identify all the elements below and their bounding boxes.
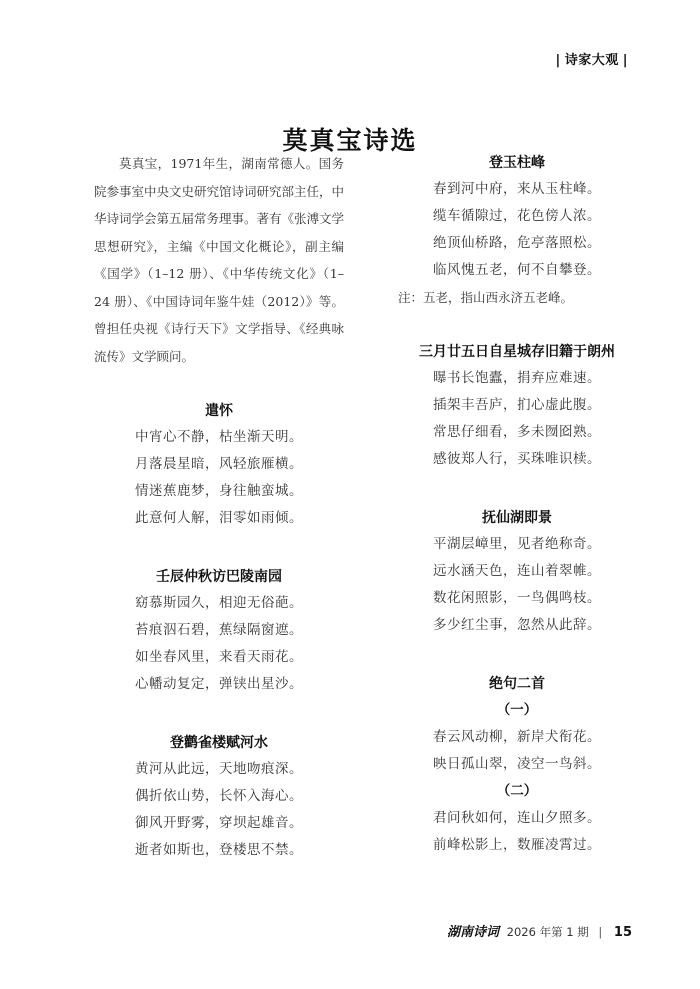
- poem-line: 缆车循隙过，花色傍人浓。: [392, 203, 642, 230]
- poem-line: 远水涵天色，连山着翠帷。: [392, 558, 642, 585]
- issue-label: 2026 年第 1 期: [507, 925, 589, 939]
- poem-line: 如坐春风里，来看天雨花。: [94, 644, 344, 671]
- poem-title: 三月廿五日自星城存旧籍于朗州: [392, 339, 642, 365]
- left-column: 莫真宝，1971年生，湖南常德人。国务院参事室中央文史研究馆诗词研究部主任，中华…: [94, 150, 344, 864]
- magazine-logo: 湖南诗词: [447, 925, 499, 940]
- poem-line: 苔痕泅石碧，蕉绿隔窗遮。: [94, 617, 344, 644]
- poem-line: 映日孤山翠，凌空一鸟斜。: [392, 751, 642, 778]
- poem-line: 多少红尘事，忽然从此辞。: [392, 612, 642, 639]
- poem-line: 此意何人解，泪零如雨倾。: [94, 505, 344, 532]
- poem-line: 平湖层嶂里，见者绝称奇。: [392, 531, 642, 558]
- poem-line: 黄河从此远，天地吻痕深。: [94, 756, 344, 783]
- poem-line: 窈慕斯园久，相迎无俗葩。: [94, 590, 344, 617]
- poem-line: 临风愧五老，何不自攀登。: [392, 257, 642, 284]
- page-number: 15: [614, 925, 632, 940]
- divider: |: [598, 925, 602, 939]
- poem: 绝句二首 （一） 春云风动柳，新岸犬衔花。 映日孤山翠，凌空一鸟斜。 （二） 君…: [392, 671, 642, 859]
- poem-line: 春云风动柳，新岸犬衔花。: [392, 724, 642, 751]
- divider: |: [551, 53, 564, 68]
- right-column: 登玉柱峰 春到河中府，来从玉柱峰。 缆车循隙过，花色傍人浓。 绝顶仙桥路，危亭落…: [392, 150, 642, 859]
- poem: 抚仙湖即景 平湖层嶂里，见者绝称奇。 远水涵天色，连山着翠帷。 数花闲照影，一鸟…: [392, 505, 642, 639]
- poem-title: 登鹳雀楼赋河水: [94, 730, 344, 756]
- poem: 三月廿五日自星城存旧籍于朗州 曝书长饱蠹，捐弃应难速。 插架丰吾庐，扪心虚此腹。…: [392, 339, 642, 473]
- poem-line: 春到河中府，来从玉柱峰。: [392, 176, 642, 203]
- poem-subtitle: （一）: [392, 697, 642, 724]
- poem-line: 御风开野雾，穿坝起雄音。: [94, 810, 344, 837]
- poem-line: 曝书长饱蠹，捐弃应难速。: [392, 365, 642, 392]
- page-footer: 湖南诗词 2026 年第 1 期 | 15: [447, 921, 632, 940]
- poem-line: 数花闲照影，一鸟偶鸣枝。: [392, 585, 642, 612]
- poem-line: 中宵心不静，枯坐渐天明。: [94, 424, 344, 451]
- poem-line: 君问秋如何，连山夕照多。: [392, 805, 642, 832]
- poem-note: 注：五老，指山西永济五老峰。: [392, 284, 642, 311]
- poem-line: 插架丰吾庐，扪心虚此腹。: [392, 392, 642, 419]
- poem-subtitle: （二）: [392, 778, 642, 805]
- poem: 遣怀 中宵心不静，枯坐渐天明。 月落晨星暗，风轻旅雁横。 情迷蕉鹿梦，身往触蛮城…: [94, 398, 344, 532]
- author-bio: 莫真宝，1971年生，湖南常德人。国务院参事室中央文史研究馆诗词研究部主任，中华…: [94, 150, 344, 370]
- poem-title: 绝句二首: [392, 671, 642, 697]
- poem-title: 遣怀: [94, 398, 344, 424]
- section-tag-label: 诗家大观: [565, 53, 619, 68]
- poem: 壬辰仲秋访巴陵南园 窈慕斯园久，相迎无俗葩。 苔痕泅石碧，蕉绿隔窗遮。 如坐春风…: [94, 564, 344, 698]
- poem-line: 逝者如斯也，登楼思不禁。: [94, 837, 344, 864]
- section-tag: |诗家大观|: [551, 49, 632, 68]
- poem-line: 月落晨星暗，风轻旅雁横。: [94, 451, 344, 478]
- poem-title: 壬辰仲秋访巴陵南园: [94, 564, 344, 590]
- poem-line: 情迷蕉鹿梦，身往触蛮城。: [94, 478, 344, 505]
- poem-line: 心幡动复定，弹铗出星沙。: [94, 671, 344, 698]
- poem-line: 常思仔细看，多未囫囵熟。: [392, 419, 642, 446]
- poem-title: 抚仙湖即景: [392, 505, 642, 531]
- poem-title: 登玉柱峰: [392, 150, 642, 176]
- poem-line: 前峰松影上，数雁凌霄过。: [392, 832, 642, 859]
- poem-line: 绝顶仙桥路，危亭落照松。: [392, 230, 642, 257]
- poem: 登玉柱峰 春到河中府，来从玉柱峰。 缆车循隙过，花色傍人浓。 绝顶仙桥路，危亭落…: [392, 150, 642, 311]
- divider: |: [619, 53, 632, 68]
- poem-line: 偶折依山势，长怀入海心。: [94, 783, 344, 810]
- poem: 登鹳雀楼赋河水 黄河从此远，天地吻痕深。 偶折依山势，长怀入海心。 御风开野雾，…: [94, 730, 344, 864]
- poem-line: 感彼郑人行，买珠唯识椟。: [392, 446, 642, 473]
